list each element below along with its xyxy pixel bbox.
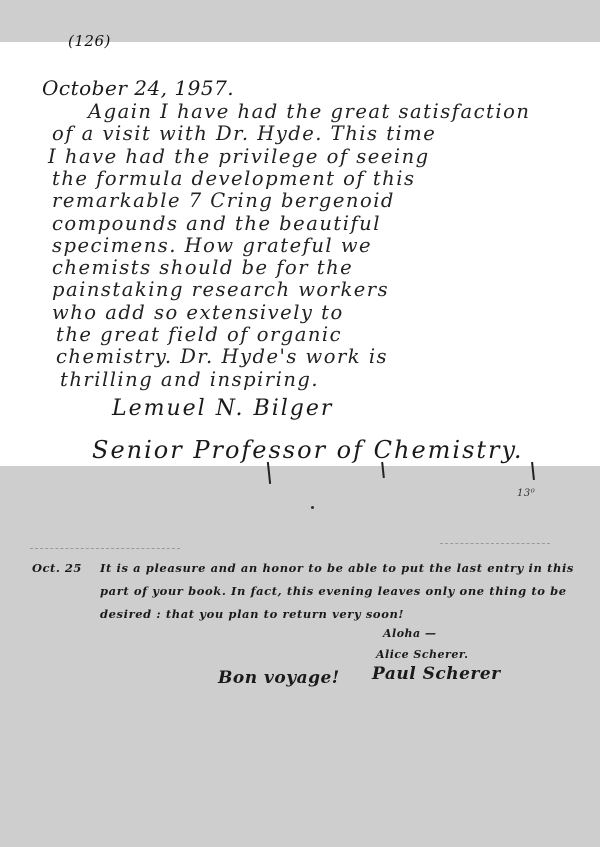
entry-line: It is a pleasure and an honor to be able… (100, 561, 574, 575)
ruled-line (440, 543, 550, 544)
ruled-line (30, 548, 180, 549)
letter-line: specimens. How grateful we (52, 234, 372, 257)
letter-signature: Lemuel N. Bilger (112, 396, 333, 421)
letter-line: the formula development of this (52, 167, 415, 190)
letter-line: the great field of organic (56, 323, 342, 346)
corner-page-mark: 13⁰ (517, 488, 535, 499)
letter-line: chemists should be for the (52, 256, 353, 279)
letter-date: October 24, 1957. (42, 76, 234, 100)
entry-closing: Aloha — (383, 627, 437, 640)
letter-line: I have had the privilege of seeing (48, 145, 430, 168)
page-number: (126) (68, 32, 111, 50)
entry-line: desired : that you plan to return very s… (100, 607, 404, 621)
letter-line: remarkable 7 Cring bergenoid (52, 189, 395, 212)
entry-line: part of your book. In fact, this evening… (100, 584, 567, 598)
letter-signature-title: Senior Professor of Chemistry. (92, 436, 524, 464)
entry-signer-1: Alice Scherer. (376, 648, 468, 661)
entry-signer-2: Paul Scherer (372, 664, 501, 684)
entry-date: Oct. 25 (32, 561, 82, 575)
letter-line: chemistry. Dr. Hyde's work is (56, 345, 388, 368)
letter-line: of a visit with Dr. Hyde. This time (52, 122, 436, 145)
entry-farewell: Bon voyage! (218, 668, 340, 688)
letter-line: painstaking research workers (52, 278, 389, 301)
ink-dot (311, 506, 314, 509)
letter-line: thrilling and inspiring. (60, 368, 319, 391)
letter-line: compounds and the beautiful (52, 212, 381, 235)
letter-line: Again I have had the great satisfaction (88, 100, 530, 123)
letter-line: who add so extensively to (52, 301, 344, 324)
